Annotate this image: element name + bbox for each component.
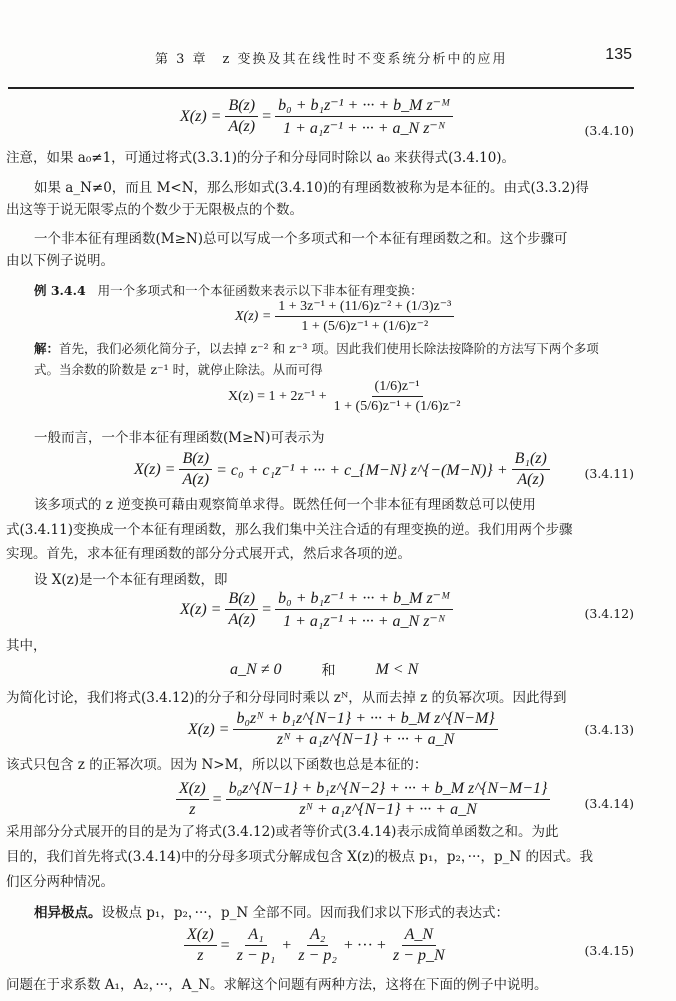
condition-left: a_N ≠ 0 bbox=[230, 661, 281, 679]
denominator: A(z) bbox=[225, 117, 258, 136]
solution-label: 解： bbox=[34, 341, 59, 356]
denominator: 1 + (5/6)z⁻¹ + (1/6)z⁻² bbox=[298, 317, 431, 335]
eq-lhs: X(z) = 1 + 2z⁻¹ + bbox=[228, 388, 327, 405]
denominator: z bbox=[194, 946, 206, 965]
paragraph: 问题在于求系数 A₁，A₂，···，A_N。求解这个问题有两种方法，这将在下面的… bbox=[6, 975, 548, 996]
condition-and: 和 bbox=[321, 660, 335, 680]
paragraph: 式。当余数的阶数是 z⁻¹ 时，就停止除法。从而可得 bbox=[34, 359, 323, 380]
page-number: 135 bbox=[605, 46, 632, 64]
paragraph: 式(3.4.11)变换成一个本征有理函数，那么我们集中关注合适的有理变换的逆。我… bbox=[6, 520, 572, 541]
denominator: zᴺ + a₁z^{N−1} + ··· + a_N bbox=[274, 730, 457, 749]
numerator: b₀ + b₁z⁻¹ + ··· + b_M z⁻ᴹ bbox=[275, 95, 453, 117]
equation-label: (3.4.11) bbox=[584, 466, 634, 481]
equation-3-4-13: X(z) = b₀zᴺ + b₁z^{N−1} + ··· + b_M z^{N… bbox=[188, 710, 502, 749]
denominator: z − p₂ bbox=[295, 946, 340, 965]
distinct-poles-line: 相异极点。设极点 p₁，p₂，···，p_N 全部不同。因而我们求以下形式的表达… bbox=[34, 903, 509, 924]
fraction: 1 + 3z⁻¹ + (11/6)z⁻² + (1/3)z⁻³1 + (5/6)… bbox=[275, 298, 454, 335]
fraction: b₀ + b₁z⁻¹ + ··· + b_M z⁻ᴹ1 + a₁z⁻¹ + ··… bbox=[275, 95, 453, 138]
fraction: b₀z^{N−1} + b₁z^{N−2} + ··· + b_M z^{N−M… bbox=[226, 780, 551, 819]
equation-3-4-15: X(z)z = A₁z − p₁ + A₂z − p₂ + ··· + A_Nz… bbox=[180, 926, 452, 965]
denominator: 1 + a₁z⁻¹ + ··· + a_N z⁻ᴺ bbox=[280, 117, 448, 138]
eq-lhs: X(z) = bbox=[188, 721, 229, 739]
paragraph: 其中， bbox=[6, 636, 47, 657]
paragraph: 一般而言，一个非本征有理函数(M≥N)可表示为 bbox=[34, 428, 324, 449]
solution-text: 首先，我们必须化简分子，以去掉 z⁻² 和 z⁻³ 项。因此我们使用长除法按降阶… bbox=[59, 341, 599, 356]
eq-lhs: X(z) = bbox=[180, 108, 221, 126]
paragraph: 如果 a_N≠0，而且 M<N，那么形如式(3.4.10)的有理函数被称为是本征… bbox=[34, 178, 589, 199]
denominator: z − p₁ bbox=[234, 946, 279, 965]
numerator: (1/6)z⁻¹ bbox=[372, 378, 423, 397]
solution-line: 解：首先，我们必须化简分子，以去掉 z⁻² 和 z⁻³ 项。因此我们使用长除法按… bbox=[34, 338, 599, 359]
distinct-poles-text: 设极点 p₁，p₂，···，p_N 全部不同。因而我们求以下形式的表达式： bbox=[102, 905, 510, 921]
condition-right: M < N bbox=[375, 661, 418, 679]
paragraph: 出这等于说无限零点的个数少于无限极点的个数。 bbox=[6, 200, 303, 221]
paragraph: 由以下例子说明。 bbox=[6, 251, 114, 272]
equation-label: (3.4.10) bbox=[584, 123, 634, 138]
ellipsis: + ··· + bbox=[344, 937, 386, 955]
fraction: B₁(z)A(z) bbox=[512, 450, 550, 489]
example-equation: X(z) = 1 + 3z⁻¹ + (11/6)z⁻² + (1/3)z⁻³1 … bbox=[235, 298, 458, 335]
equation-3-4-10: X(z) = B(z)A(z) = b₀ + b₁z⁻¹ + ··· + b_M… bbox=[180, 95, 457, 138]
fraction: B(z)A(z) bbox=[179, 450, 212, 489]
fraction: B(z)A(z) bbox=[225, 590, 258, 629]
fraction: A₂z − p₂ bbox=[295, 926, 340, 965]
denominator: A(z) bbox=[179, 470, 212, 489]
fraction: B(z)A(z) bbox=[225, 97, 258, 136]
eq-lhs: X(z) = bbox=[235, 309, 271, 325]
paragraph: 该式只包含 z 的正幂次项。因为 N>M，所以以下函数也总是本征的： bbox=[6, 755, 427, 776]
equation-label: (3.4.14) bbox=[584, 796, 634, 811]
numerator: X(z) bbox=[184, 926, 217, 946]
fraction: X(z)z bbox=[184, 926, 217, 965]
numerator: A₁ bbox=[245, 926, 266, 946]
example-label: 例 3.4.4 bbox=[34, 283, 86, 298]
example-text: 用一个多项式和一个本征函数来表示以下非本征有理变换： bbox=[98, 283, 423, 298]
paragraph: 实现。首先，求本征有理函数的部分分式展开式，然后求各项的逆。 bbox=[6, 544, 411, 565]
paragraph: 该多项式的 z 逆变换可藉由观察简单求得。既然任何一个非本征有理函数总可以使用 bbox=[34, 495, 536, 516]
equation-3-4-12: X(z) = B(z)A(z) = b₀ + b₁z⁻¹ + ··· + b_M… bbox=[180, 588, 457, 631]
paragraph: 们区分两种情况。 bbox=[6, 872, 114, 893]
numerator: b₀z^{N−1} + b₁z^{N−2} + ··· + b_M z^{N−M… bbox=[226, 780, 551, 800]
eq-lhs: X(z) = bbox=[180, 601, 221, 619]
denominator: 1 + (5/6)z⁻¹ + (1/6)z⁻² bbox=[331, 397, 464, 415]
denominator: zᴺ + a₁z^{N−1} + ··· + a_N bbox=[296, 800, 479, 819]
denominator: 1 + a₁z⁻¹ + ··· + a_N z⁻ᴺ bbox=[280, 610, 448, 631]
numerator: B(z) bbox=[225, 590, 258, 610]
numerator: b₀zᴺ + b₁z^{N−1} + ··· + b_M z^{N−M} bbox=[233, 710, 497, 730]
numerator: A₂ bbox=[307, 926, 328, 946]
numerator: B(z) bbox=[179, 450, 212, 470]
equation-3-4-11: X(z) = B(z)A(z) = c₀ + c₁z⁻¹ + ··· + c_{… bbox=[134, 450, 554, 489]
paragraph: 为简化讨论，我们将式(3.4.12)的分子和分母同时乘以 zᴺ，从而去掉 z 的… bbox=[6, 688, 567, 709]
eq-lhs: X(z) = bbox=[134, 461, 175, 479]
equation-label: (3.4.12) bbox=[584, 606, 634, 621]
paragraph: 目的，我们首先将式(3.4.14)中的分母多项式分解成包含 X(z)的极点 p₁… bbox=[6, 847, 593, 868]
fraction: b₀zᴺ + b₁z^{N−1} + ··· + b_M z^{N−M}zᴺ +… bbox=[233, 710, 497, 749]
numerator: B₁(z) bbox=[512, 450, 550, 470]
condition-line: a_N ≠ 0 和 M < N bbox=[230, 660, 418, 680]
numerator: X(z) bbox=[176, 780, 209, 800]
denominator: A(z) bbox=[225, 610, 258, 629]
fraction: A_Nz − p_N bbox=[390, 926, 448, 965]
fraction: X(z)z bbox=[176, 780, 209, 819]
fraction: A₁z − p₁ bbox=[234, 926, 279, 965]
chapter-title: 第 3 章 z 变换及其在线性时不变系统分析中的应用 bbox=[155, 48, 508, 67]
numerator: B(z) bbox=[225, 97, 258, 117]
fraction: b₀ + b₁z⁻¹ + ··· + b_M z⁻ᴹ1 + a₁z⁻¹ + ··… bbox=[275, 588, 453, 631]
result-equation: X(z) = 1 + 2z⁻¹ + (1/6)z⁻¹1 + (5/6)z⁻¹ +… bbox=[228, 378, 467, 415]
denominator: A(z) bbox=[514, 470, 547, 489]
paragraph: 采用部分分式展开的目的是为了将式(3.4.12)或者等价式(3.4.14)表示成… bbox=[6, 822, 558, 843]
numerator: b₀ + b₁z⁻¹ + ··· + b_M z⁻ᴹ bbox=[275, 588, 453, 610]
running-header: 第 3 章 z 变换及其在线性时不变系统分析中的应用 135 bbox=[8, 48, 632, 68]
paragraph: 注意，如果 a₀≠1，可通过将式(3.3.1)的分子和分母同时除以 a₀ 来获得… bbox=[6, 148, 515, 169]
equation-3-4-14: X(z)z = b₀z^{N−1} + b₁z^{N−2} + ··· + b_… bbox=[172, 780, 554, 819]
eq-middle: = c₀ + c₁z⁻¹ + ··· + c_{M−N} z^{−(M−N)} … bbox=[216, 460, 508, 480]
denominator: z bbox=[186, 800, 198, 819]
distinct-poles-label: 相异极点。 bbox=[34, 905, 102, 921]
paragraph: 一个非本征有理函数(M≥N)总可以写成一个多项式和一个本征有理函数之和。这个步骤… bbox=[34, 229, 567, 250]
denominator: z − p_N bbox=[390, 946, 448, 965]
fraction: (1/6)z⁻¹1 + (5/6)z⁻¹ + (1/6)z⁻² bbox=[331, 378, 464, 415]
numerator: 1 + 3z⁻¹ + (11/6)z⁻² + (1/3)z⁻³ bbox=[275, 298, 454, 317]
equation-label: (3.4.15) bbox=[584, 943, 634, 958]
numerator: A_N bbox=[402, 926, 436, 946]
equation-label: (3.4.13) bbox=[584, 722, 634, 737]
header-rule bbox=[8, 87, 634, 89]
